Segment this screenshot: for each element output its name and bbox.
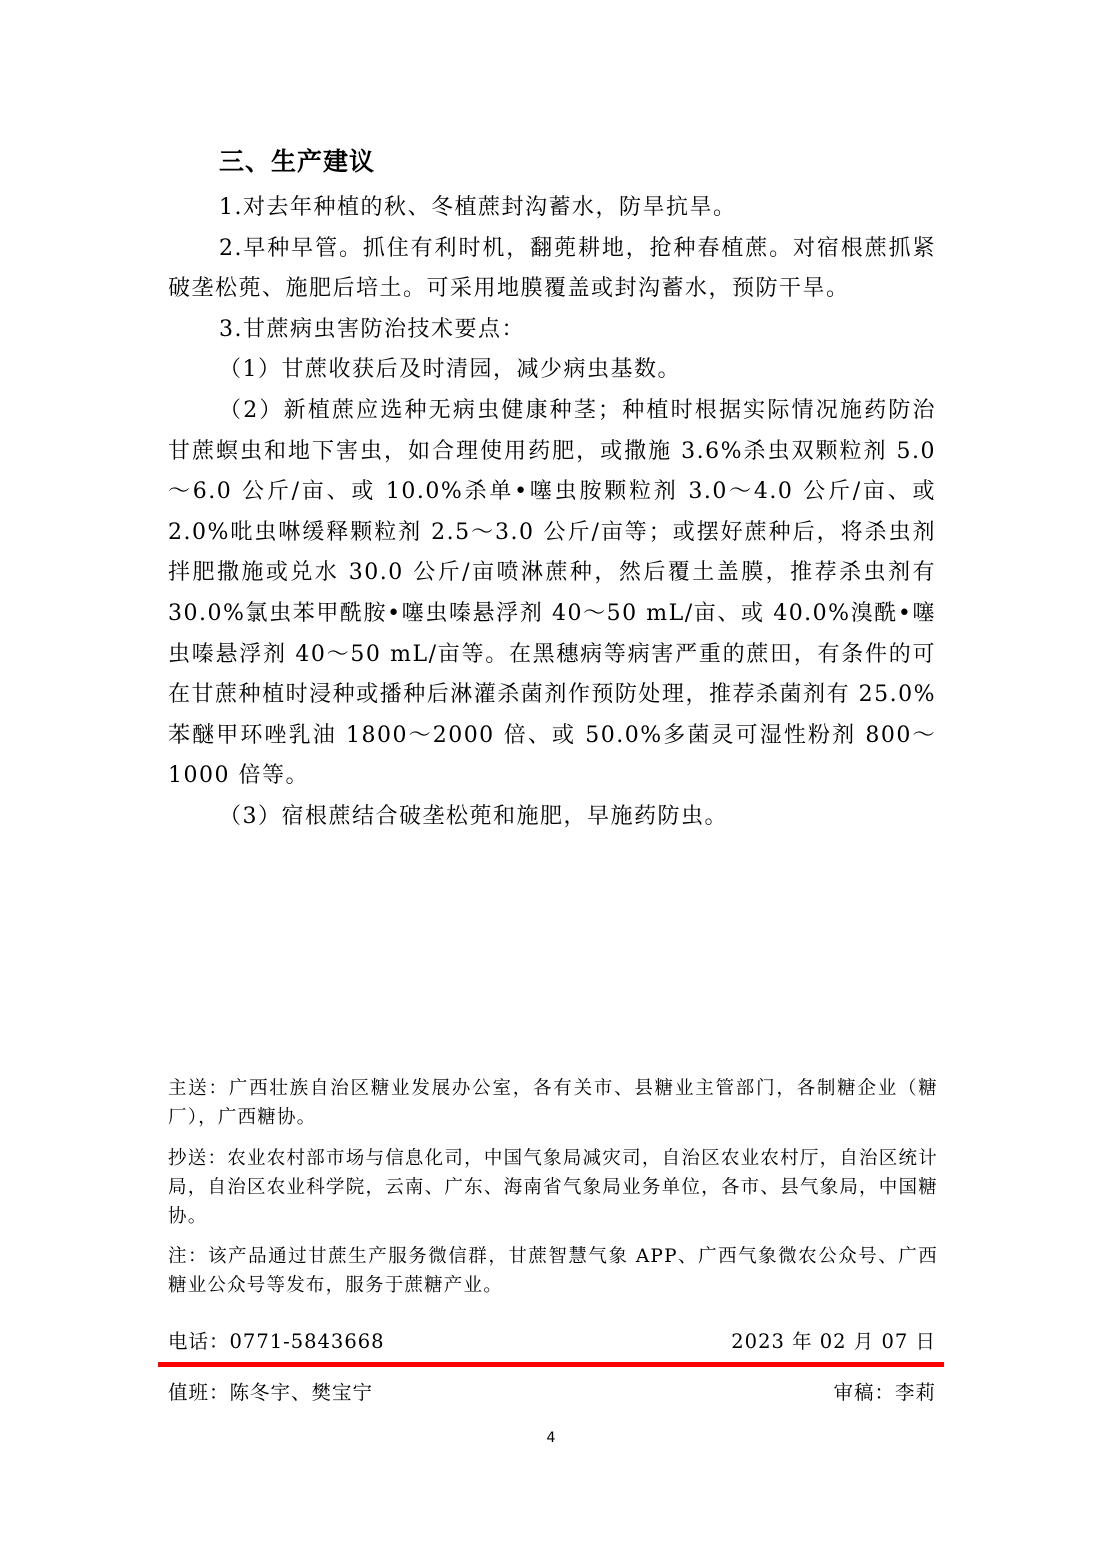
note-block: 注：该产品通过甘蔗生产服务微信群，甘蔗智慧气象 APP、广西气象微农公众号、广西…: [168, 1242, 938, 1300]
phone: 电话：0771-5843668: [168, 1328, 385, 1356]
paragraph-2: 2.早种早管。抓住有利时机，翻蔸耕地，抢种春植蔗。对宿根蔗抓紧破垄松蔸、施肥后培…: [168, 229, 936, 310]
on-duty: 值班：陈冬宇、樊宝宁: [168, 1379, 373, 1407]
red-divider: [158, 1362, 944, 1367]
section-body: 1.对去年种植的秋、冬植蔗封沟蓄水，防旱抗旱。 2.早种早管。抓住有利时机，翻蔸…: [168, 188, 936, 838]
cc-recipients-block: 抄送：农业农村部市场与信息化司，中国气象局减灾司，自治区农业农村厅，自治区统计局…: [168, 1144, 938, 1231]
reviewer: 审稿：李莉: [833, 1379, 936, 1407]
page-number: 4: [0, 1428, 1102, 1448]
document-page: 三、生产建议 1.对去年种植的秋、冬植蔗封沟蓄水，防旱抗旱。 2.早种早管。抓住…: [0, 0, 1102, 1559]
main-recipients-block: 主送：广西壮族自治区糖业发展办公室，各有关市、县糖业主管部门，各制糖企业（糖厂）…: [168, 1074, 938, 1132]
paragraph-1: 1.对去年种植的秋、冬植蔗封沟蓄水，防旱抗旱。: [168, 188, 936, 229]
issue-date: 2023 年 02 月 07 日: [731, 1328, 936, 1356]
paragraph-3: 3.甘蔗病虫害防治技术要点：: [168, 310, 936, 351]
contact-row: 电话：0771-5843668 2023 年 02 月 07 日: [168, 1328, 936, 1356]
cc-recipients: 抄送：农业农村部市场与信息化司，中国气象局减灾司，自治区农业农村厅，自治区统计局…: [168, 1144, 938, 1231]
section-heading: 三、生产建议: [219, 142, 375, 182]
paragraph-3-3: （3）宿根蔗结合破垄松蔸和施肥，早施药防虫。: [168, 797, 936, 838]
paragraph-3-1: （1）甘蔗收获后及时清园，减少病虫基数。: [168, 350, 936, 391]
paragraph-3-2: （2）新植蔗应选种无病虫健康种茎；种植时根据实际情况施药防治甘蔗螟虫和地下害虫，…: [168, 391, 936, 797]
staff-row: 值班：陈冬宇、樊宝宁 审稿：李莉: [168, 1379, 936, 1407]
main-recipients: 主送：广西壮族自治区糖业发展办公室，各有关市、县糖业主管部门，各制糖企业（糖厂）…: [168, 1074, 938, 1132]
distribution-note: 注：该产品通过甘蔗生产服务微信群，甘蔗智慧气象 APP、广西气象微农公众号、广西…: [168, 1242, 938, 1300]
